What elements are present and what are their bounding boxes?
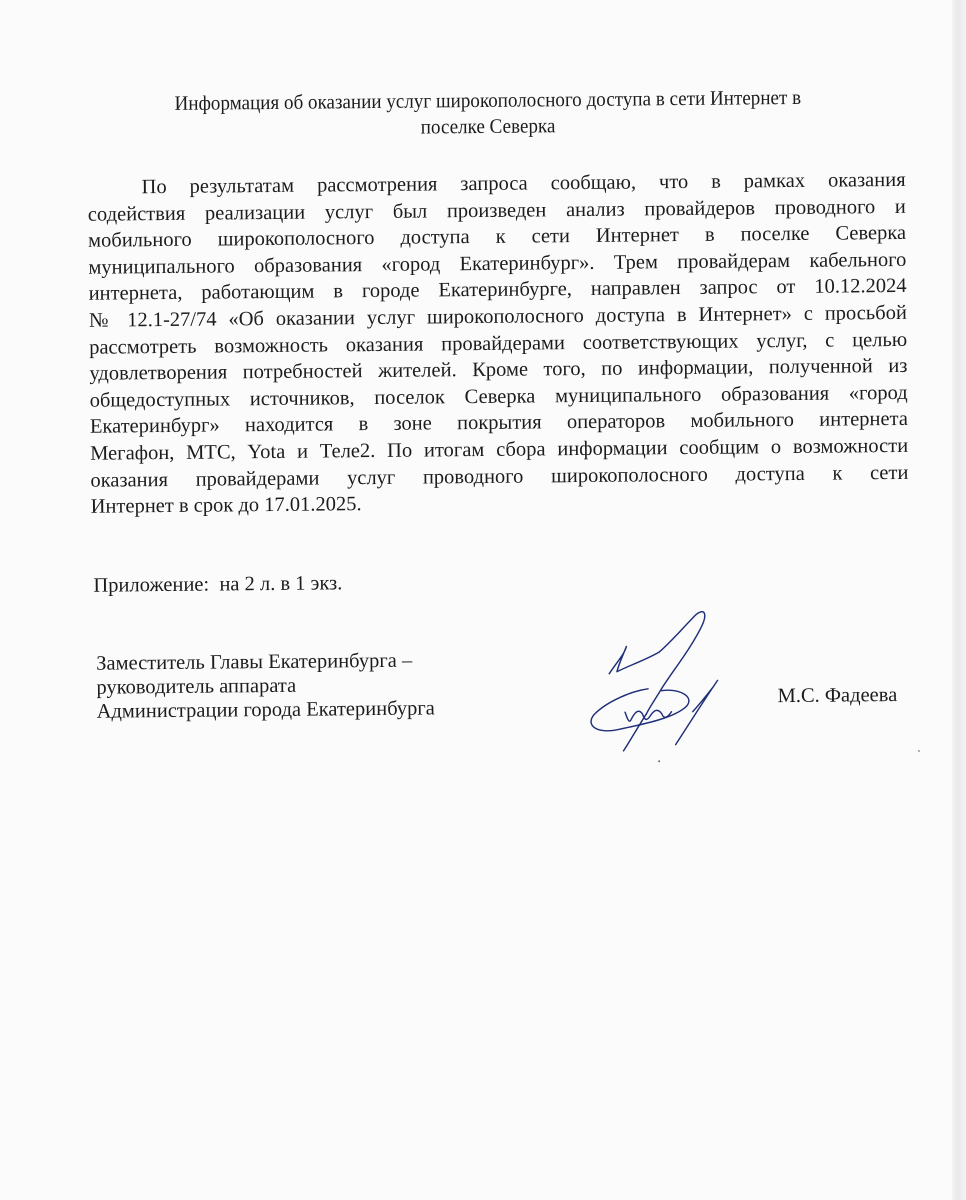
body-paragraph: По результатам рассмотрения запроса сооб… (87, 167, 908, 521)
signer-position-line: Заместитель Главы Екатеринбурга – (96, 648, 434, 675)
signer-name: М.С. Фадеева (777, 683, 897, 708)
scan-speck (918, 750, 920, 752)
scan-speck (658, 760, 660, 762)
document-title: Информация об оказании услуг широкополос… (121, 84, 854, 143)
signer-position: Заместитель Главы Екатеринбурга – руково… (96, 648, 435, 723)
handwritten-signature-icon (578, 603, 725, 769)
attachment-note: Приложение: на 2 л. в 1 экз. (93, 570, 342, 598)
signer-position-line: Администрации города Екатеринбурга (97, 696, 435, 723)
signer-position-line: руководитель аппарата (96, 672, 434, 699)
letter-page: Информация об оказании услуг широкополос… (0, 0, 966, 1200)
